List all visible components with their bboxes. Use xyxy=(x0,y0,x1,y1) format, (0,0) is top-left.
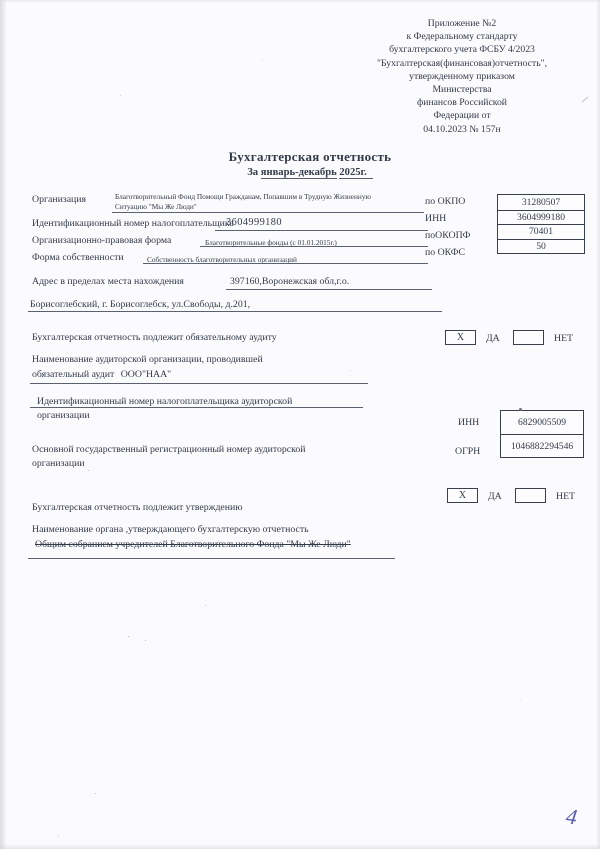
approval-yes-label: ДА xyxy=(488,491,502,503)
auditor-inn-caption-line2: организации xyxy=(37,410,90,422)
scan-speckles xyxy=(0,0,1,1)
legal-reference-line: "Бухгалтерская(финансовая)отчетность", xyxy=(322,57,600,70)
approval-body-value: Общим собранием учредителей Благотворите… xyxy=(35,539,351,551)
underline xyxy=(28,311,442,312)
auditor-codes-table: 6829005509 1046882294546 xyxy=(500,410,584,458)
auditor-inn-value: 6829005509 xyxy=(501,411,583,434)
legal-reference-line: финансов Российской xyxy=(322,96,600,109)
ogrn-caption-line1: Основной государственный регистрационный… xyxy=(32,444,306,456)
okpo-label: по ОКПО xyxy=(425,196,465,208)
period-prefix: За xyxy=(247,167,258,178)
legal-reference-line: 04.10.2023 № 157н xyxy=(322,123,600,136)
org-label: Организация xyxy=(32,194,86,206)
okopf-value: 70401 xyxy=(498,224,584,239)
inn-value: 3604999180 xyxy=(498,210,584,225)
audit-yes-label: ДА xyxy=(486,333,500,345)
approval-body-label: Наименование органа ,утверждающего бухга… xyxy=(32,524,309,536)
underline xyxy=(30,407,363,408)
approval-yes-checkbox: X xyxy=(447,488,478,503)
legal-reference-block: Приложение №2 к Федеральному стандарту б… xyxy=(322,17,600,136)
period-value: январь-декабрь xyxy=(261,167,337,179)
scan-edge-left xyxy=(0,0,7,849)
inn-label: ИНН xyxy=(425,213,446,225)
auditor-name-caption-line2: обязательный аудит ООО"НАА" xyxy=(32,369,171,381)
approval-no-checkbox xyxy=(515,488,546,503)
auditor-name-caption-line1: Наименование аудиторской организации, пр… xyxy=(32,354,263,366)
audit-no-label: НЕТ xyxy=(554,333,573,345)
report-period: За январь-декабрь 2025г. xyxy=(20,167,600,178)
legal-reference-line: Федерации от xyxy=(322,109,600,122)
underline xyxy=(226,289,432,290)
classifier-codes-table: 31280507 3604999180 70401 50 xyxy=(497,194,585,254)
scanned-document-page: Приложение №2 к Федеральному стандарту б… xyxy=(0,0,600,849)
legal-reference-line: утвержденному приказом xyxy=(322,70,600,83)
address-label: Адрес в пределах места нахождения xyxy=(32,276,184,288)
org-value-line2: Ситуацию "Мы Же Люди" xyxy=(115,202,197,212)
ogrn-caption-line2: организации xyxy=(32,458,85,470)
audit-subject-line: Бухгалтерская отчетность подлежит обязат… xyxy=(32,332,277,344)
legal-reference-line: бухгалтерского учета ФСБУ 4/2023 xyxy=(322,43,600,56)
legal-form-label: Организационно-правовая форма xyxy=(32,235,171,247)
underline xyxy=(30,383,368,384)
approval-no-label: НЕТ xyxy=(556,491,575,503)
handwritten-page-number: 4 xyxy=(564,803,579,830)
audit-no-checkbox xyxy=(513,330,544,345)
scan-edge-top xyxy=(0,0,600,3)
scan-dot xyxy=(519,408,522,411)
scan-edge-bottom xyxy=(0,844,600,849)
org-value-line1: Благотворительный Фонд Помощи Гражданам,… xyxy=(115,192,371,202)
auditor-ogrn-value: 1046882294546 xyxy=(501,434,583,457)
address-value-line1: 397160,Воронежская обл,г.о. xyxy=(230,276,349,288)
underline xyxy=(215,230,428,231)
address-value-line2: Борисоглебский, г. Борисоглебск, ул.Своб… xyxy=(30,299,250,311)
auditor-name-prefix: обязательный аудит xyxy=(32,369,114,380)
audit-yes-checkbox: X xyxy=(445,330,476,345)
org-inn-label: Идентификационный номер налогоплательщик… xyxy=(32,218,234,230)
underline xyxy=(112,212,424,213)
okpo-value: 31280507 xyxy=(498,195,584,210)
period-year: 2025г. xyxy=(339,167,372,179)
okfs-value: 50 xyxy=(498,239,584,254)
auditor-inn-label: ИНН xyxy=(458,417,479,429)
underline xyxy=(143,263,428,264)
ownership-form-label: Форма собственности xyxy=(32,252,124,264)
legal-reference-line: Приложение №2 xyxy=(322,17,600,30)
auditor-ogrn-label: ОГРН xyxy=(455,446,480,458)
page-title: Бухгалтерская отчетность xyxy=(20,149,600,165)
auditor-name-value: ООО"НАА" xyxy=(121,369,171,380)
underline xyxy=(200,246,428,247)
okopf-label: поОКОПФ xyxy=(425,230,470,242)
legal-reference-line: Министерства xyxy=(322,83,600,96)
legal-reference-line: к Федеральному стандарту xyxy=(322,30,600,43)
document-title-block: Бухгалтерская отчетность За январь-декаб… xyxy=(20,149,600,178)
approval-subject-line: Бухгалтерская отчетность подлежит утверж… xyxy=(32,502,243,514)
okfs-label: по ОКФС xyxy=(425,247,465,259)
org-inn-value: 3604999180 xyxy=(226,217,282,229)
underline xyxy=(28,558,395,559)
